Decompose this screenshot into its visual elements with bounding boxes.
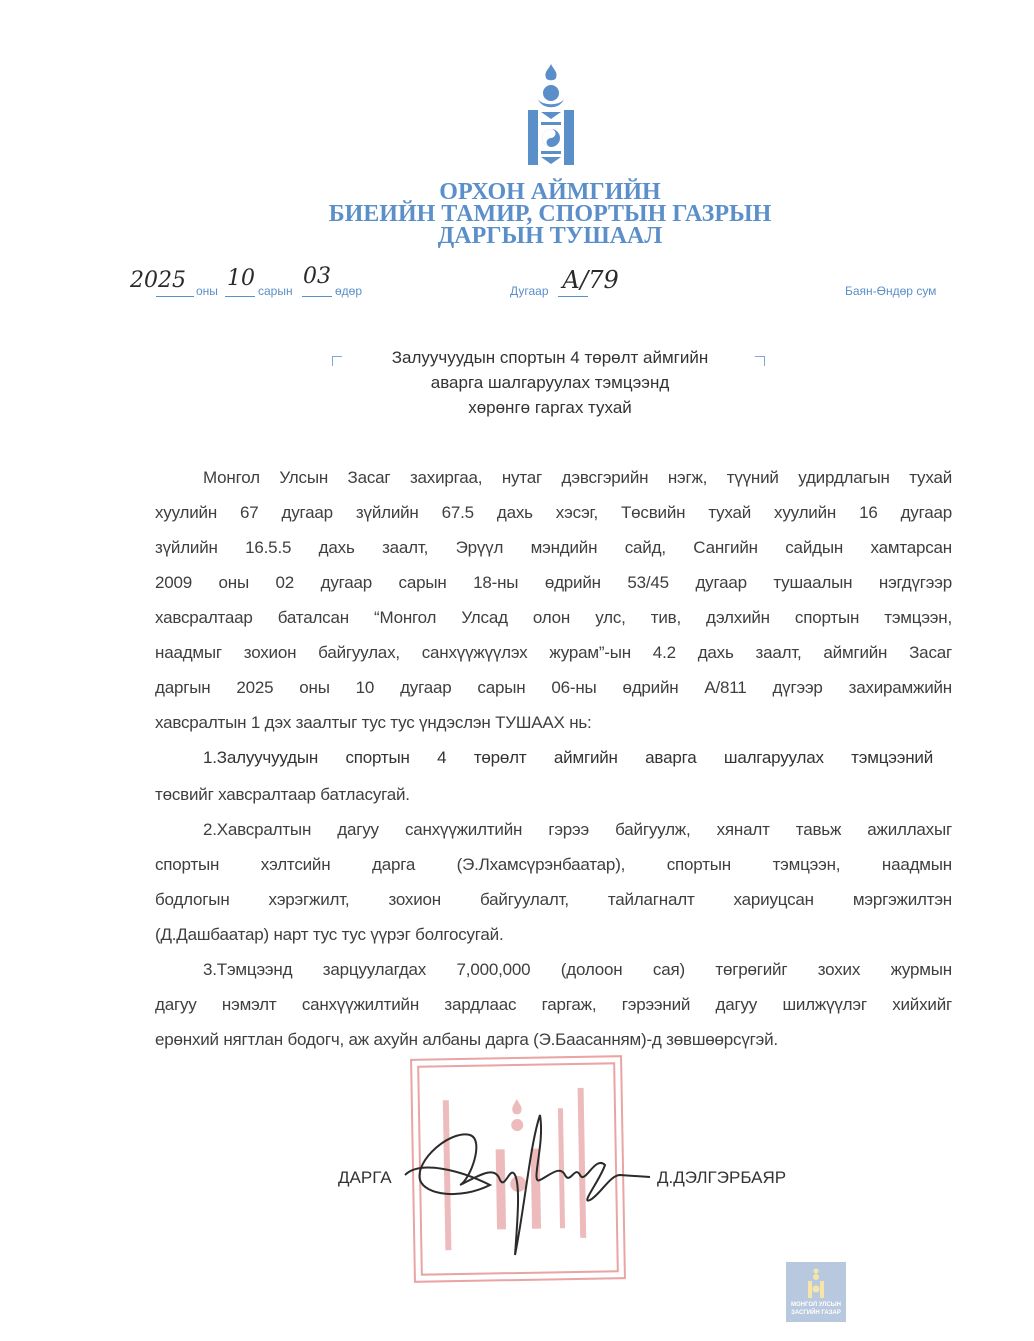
year-label: оны	[196, 284, 218, 298]
order-item-2-cont: (Д.Дашбаатар) нарт тус тус үүрэг болгосу…	[155, 925, 952, 945]
government-logo: МОНГОЛ УЛСЫН ЗАСГИЙН ГАЗАР	[786, 1262, 846, 1322]
order-item-2: 2.Хавсралтын дагуу санхүүжилтийн гэрээ б…	[203, 820, 952, 840]
org-title-line: БИЕИЙН ТАМИР, СПОРТЫН ГАЗРЫН	[0, 203, 1034, 225]
subject-line: хөрөнгө гаргах тухай	[0, 395, 1034, 420]
day-label: өдөр	[335, 284, 362, 298]
body-line: зүйлийн 16.5.5 дахь заалт, Эрүүл мэндийн…	[155, 538, 952, 558]
subject-line: Залуучуудын спортын 4 төрөлт аймгийн	[0, 345, 1034, 370]
order-item-2-cont: бодлогын хэрэгжилт, зохион байгуулалт, т…	[155, 890, 952, 910]
month-handwritten: 10	[227, 266, 255, 291]
year-handwritten: 2025	[130, 268, 186, 293]
order-item-3-cont: дагуу нэмэлт санхүүжилтийн зардлаас гарг…	[155, 995, 952, 1015]
order-item-1-cont: төсвийг хавсралтаар батлаcугай.	[155, 785, 952, 805]
day-blank	[302, 296, 332, 297]
order-item-3: 3.Тэмцээнд зарцуулагдах 7,000,000 (долоо…	[203, 960, 952, 980]
month-label: сарын	[258, 284, 293, 298]
body-line: 2009 оны 02 дугаар сарын 18-ны өдрийн 53…	[155, 573, 952, 593]
org-title-line: ОРХОН АЙМГИЙН	[0, 181, 1034, 203]
logo-text-line1: МОНГОЛ УЛСЫН	[786, 1302, 846, 1309]
number-handwritten: А/79	[562, 266, 619, 294]
day-handwritten: 03	[303, 264, 331, 289]
number-blank	[558, 296, 588, 297]
number-label: Дугаар	[510, 284, 549, 298]
body-line: хуулийн 67 дугаар зүйлийн 67.5 дахь хэсэ…	[155, 503, 952, 523]
body-line: даргын 2025 оны 10 дугаар сарын 06-ны өд…	[155, 678, 952, 698]
subject-line: аварга шалгаруулах тэмцээнд	[0, 370, 1034, 395]
soyombo-emblem-icon	[524, 62, 578, 172]
org-title-line: ДАРГЫН ТУШААЛ	[0, 225, 1034, 247]
year-blank	[156, 296, 194, 297]
body-line: хавсралтын 1 дэх заалтыг тус тус үндэслэ…	[155, 713, 952, 733]
order-item-1: 1.Залуучуудын спортын 4 төрөлт аймгийн а…	[203, 748, 933, 768]
location-label: Баян-Өндөр сум	[845, 284, 936, 298]
signatory-title: ДАРГА	[338, 1168, 392, 1188]
month-blank	[225, 296, 255, 297]
logo-text-line2: ЗАСГИЙН ГАЗАР	[786, 1310, 846, 1317]
order-item-2-cont: спортын хэлтсийн дарга (Э.Лхамсүрэнбаата…	[155, 855, 952, 875]
body-line: хавсралтаар баталсан “Монгол Улсад олон …	[155, 608, 952, 628]
handwritten-signature	[400, 1105, 660, 1265]
body-line: наадмыг зохион байгуулах, санхүүжүүлэх ж…	[155, 643, 952, 663]
body-line: Монгол Улсын Засаг захиргаа, нутаг дэвсг…	[203, 468, 952, 488]
signatory-name: Д.ДЭЛГЭРБАЯР	[657, 1168, 786, 1188]
order-item-3-cont: ерөнхий нягтлан бодогч, аж ахуйн албаны …	[155, 1030, 952, 1050]
soyombo-logo-icon	[806, 1267, 826, 1299]
